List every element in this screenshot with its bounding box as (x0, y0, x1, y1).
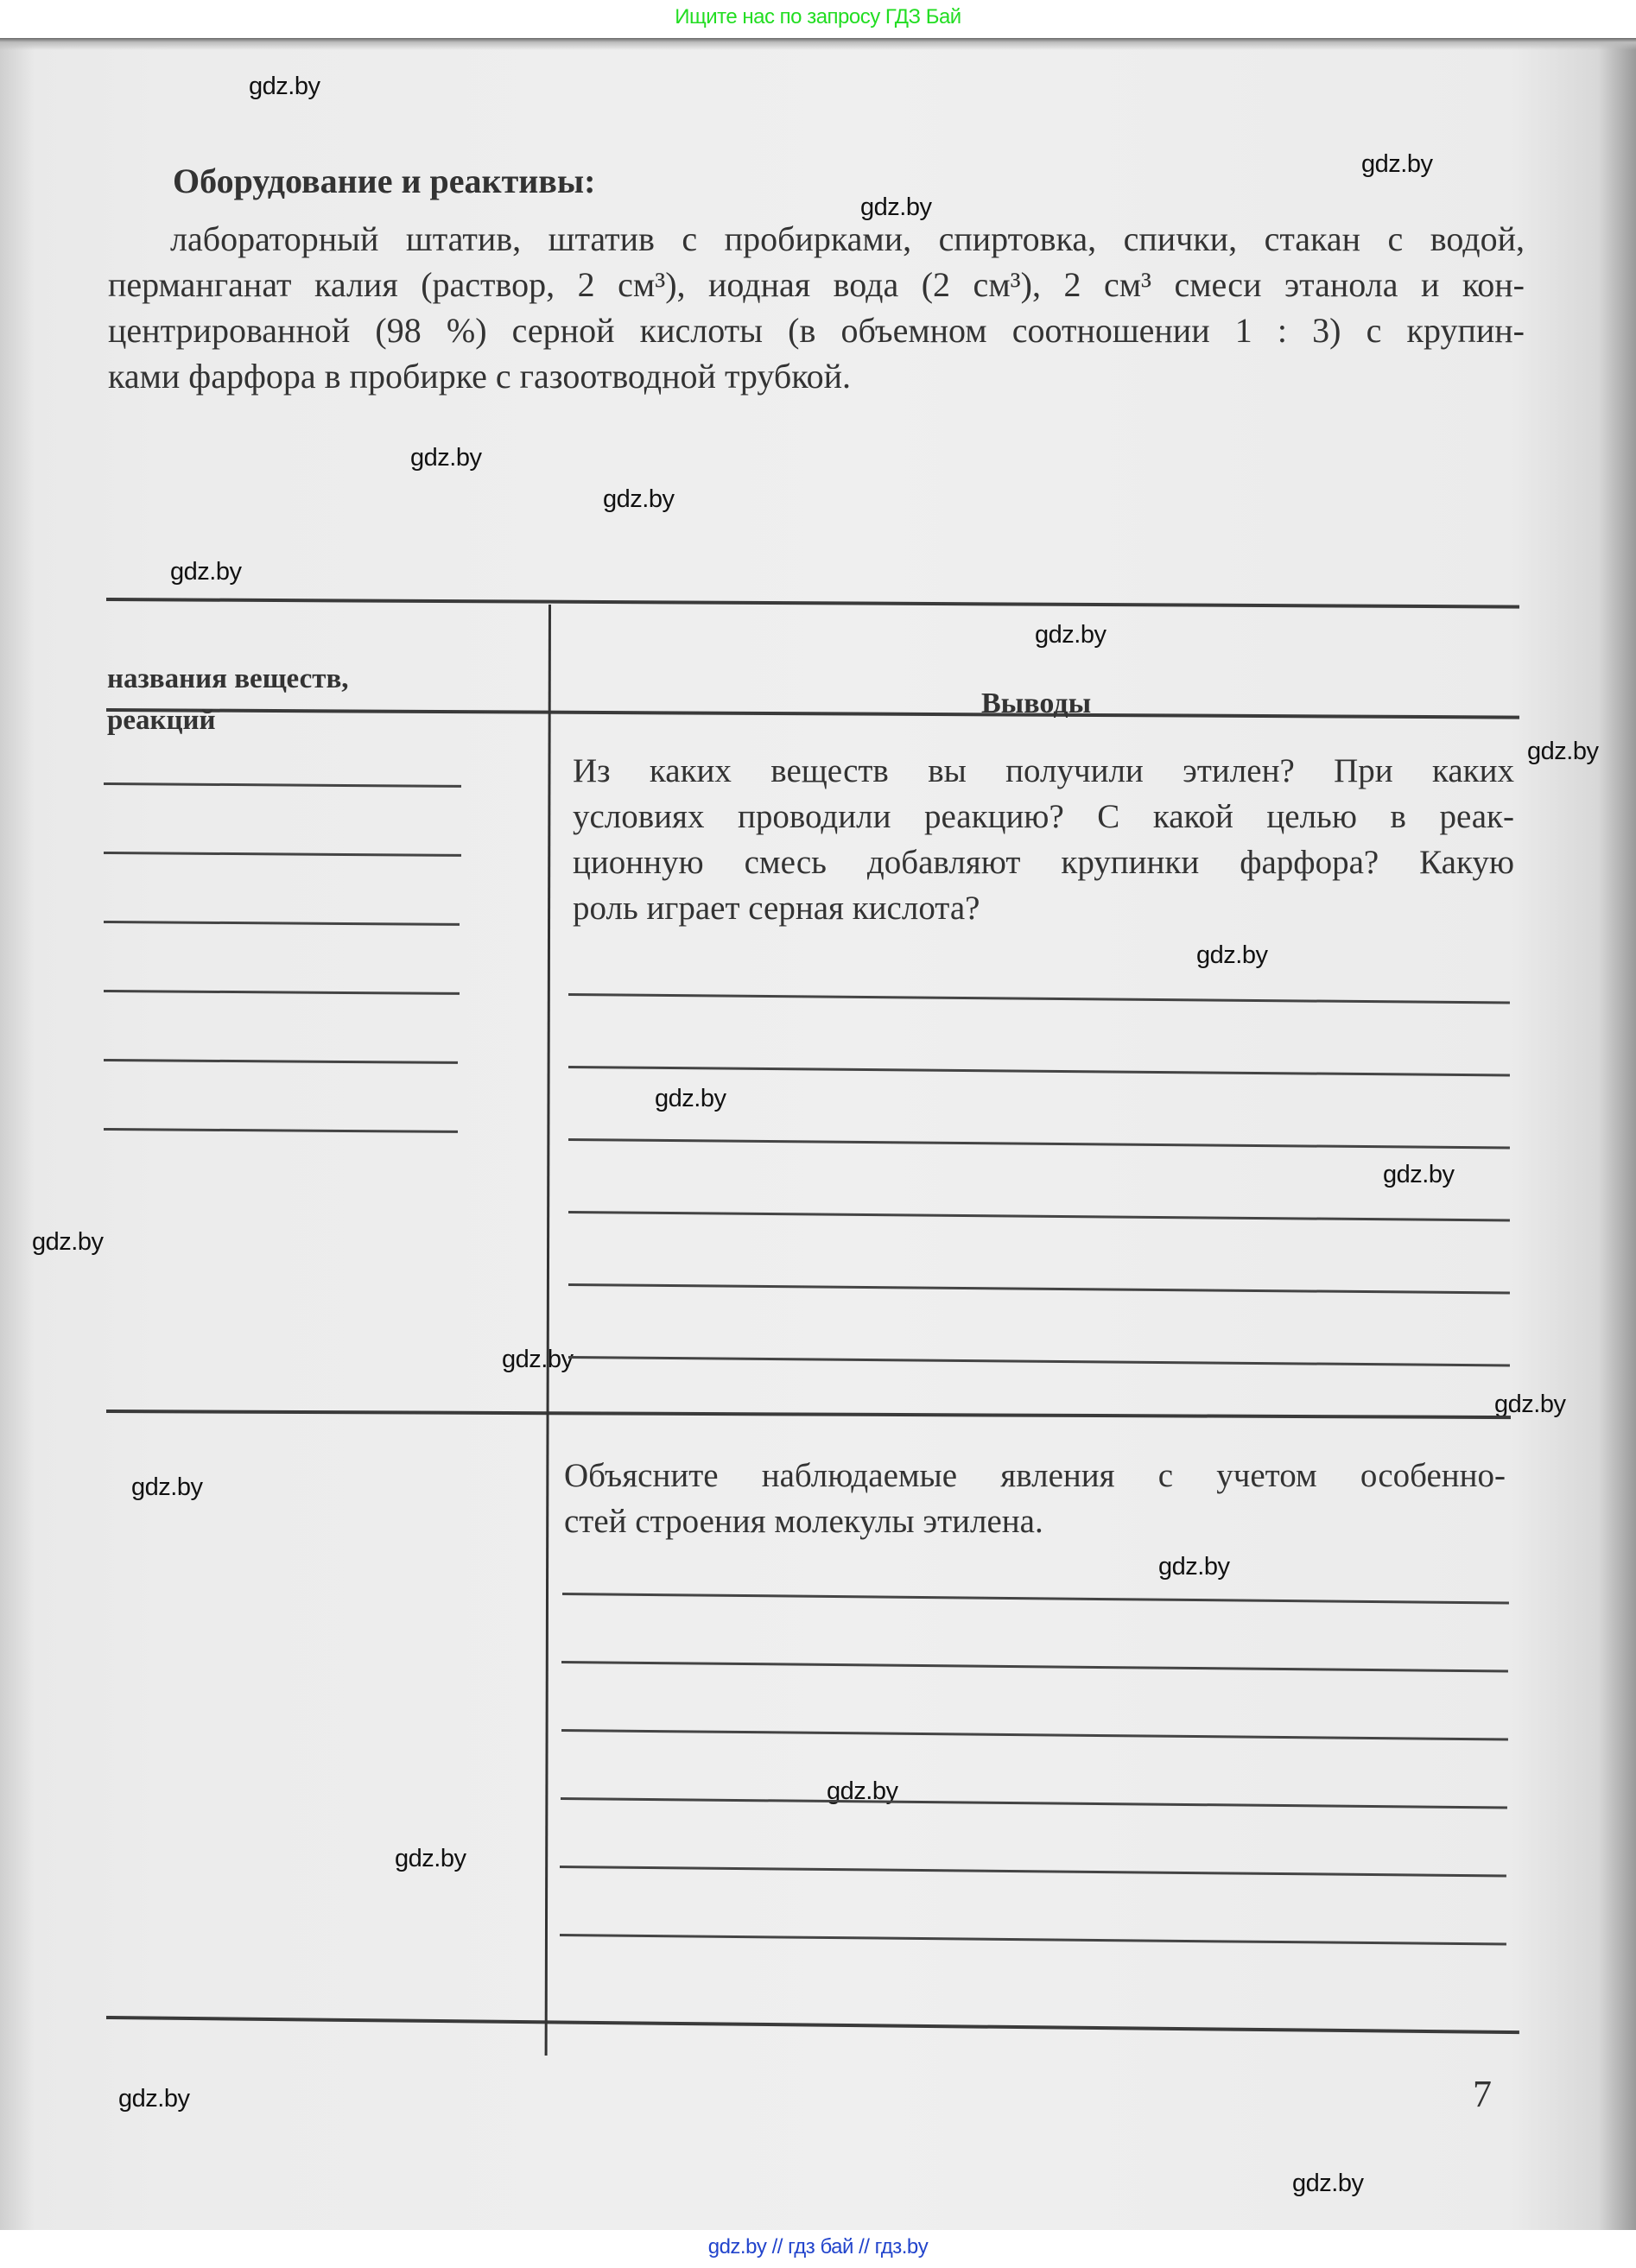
column-header-conclusions: Выводы (981, 687, 1091, 720)
table-column-divider (545, 605, 551, 2056)
watermark: gdz.by (410, 444, 481, 472)
watermark: gdz.by (502, 1346, 573, 1374)
answer-line-q1[interactable] (568, 1211, 1510, 1222)
answer-line-q1[interactable] (568, 993, 1510, 1004)
question-1: Из каких веществ вы получили этилен? При… (573, 748, 1514, 931)
answer-line-q2[interactable] (561, 1797, 1507, 1809)
answer-line-q1[interactable] (568, 1283, 1510, 1295)
equipment-heading: Оборудование и реактивы: (173, 161, 595, 201)
answer-line-q2[interactable] (560, 1934, 1506, 1946)
page-number: 7 (1473, 2072, 1492, 2116)
equipment-text: лабораторный штатив, штатив с пробирками… (108, 216, 1525, 399)
watermark: gdz.by (1158, 1553, 1229, 1581)
answer-line-left[interactable] (104, 1128, 458, 1133)
header-line: названия веществ, (107, 658, 349, 700)
question-line: Из каких веществ вы получили этилен? При… (573, 748, 1514, 794)
watermark: gdz.by (118, 2085, 189, 2113)
answer-line-left[interactable] (104, 852, 461, 857)
top-banner: Ищите нас по запросу ГДЗ Бай (0, 0, 1636, 38)
answer-line-q1[interactable] (568, 1356, 1510, 1367)
answer-line-q2[interactable] (560, 1866, 1506, 1878)
answer-line-q1[interactable] (568, 1066, 1510, 1077)
question-line: Объясните наблюдаемые явления с учетом о… (564, 1453, 1506, 1498)
equipment-line: центрированной (98 %) серной кислоты (в … (108, 307, 1525, 353)
question-line: ционную смесь добавляют крупинки фарфора… (573, 839, 1514, 885)
column-header-substances: названия веществ, реакций (107, 658, 349, 741)
answer-line-q2[interactable] (562, 1593, 1509, 1605)
watermark: gdz.by (1292, 2170, 1363, 2198)
question-line: роль играет серная кислота? (573, 885, 1514, 931)
watermark: gdz.by (603, 485, 674, 514)
answer-line-left[interactable] (104, 990, 460, 995)
question-2: Объясните наблюдаемые явления с учетом о… (564, 1453, 1506, 1544)
page-edge-shadow (0, 38, 1636, 50)
workbook-page: gdz.by gdz.by gdz.by gdz.by gdz.by gdz.b… (0, 38, 1636, 2230)
watermark: gdz.by (32, 1228, 103, 1257)
answer-line-q2[interactable] (561, 1661, 1508, 1673)
equipment-line: ками фарфора в пробирке с газоотводной т… (108, 353, 1525, 399)
answer-line-q2[interactable] (561, 1729, 1508, 1741)
answer-line-left[interactable] (104, 921, 460, 926)
table-section-border (106, 1410, 1511, 1419)
watermark: gdz.by (1527, 738, 1598, 766)
watermark: gdz.by (131, 1473, 202, 1502)
watermark: gdz.by (1494, 1391, 1565, 1419)
table-bottom-border (106, 2016, 1519, 2034)
watermark: gdz.by (395, 1845, 466, 1873)
answer-line-left[interactable] (104, 1059, 458, 1064)
watermark: gdz.by (1361, 150, 1432, 179)
equipment-line: лабораторный штатив, штатив с пробирками… (108, 216, 1525, 262)
watermark: gdz.by (1196, 941, 1267, 970)
watermark: gdz.by (1383, 1161, 1454, 1189)
watermark: gdz.by (1035, 621, 1106, 649)
question-line: условиях проводили реакцию? С какой цель… (573, 794, 1514, 839)
question-line: стей строения молекулы этилена. (564, 1498, 1506, 1544)
header-line: реакций (107, 700, 349, 741)
equipment-line: перманганат калия (раствор, 2 см³), иодн… (108, 262, 1525, 307)
watermark: gdz.by (249, 73, 320, 101)
answer-line-left[interactable] (104, 782, 461, 788)
bottom-banner: gdz.by // гдз бай // гдз.by (0, 2230, 1636, 2268)
watermark: gdz.by (655, 1085, 726, 1113)
watermark: gdz.by (170, 558, 241, 586)
answer-line-q1[interactable] (568, 1138, 1510, 1150)
table-top-border (106, 598, 1519, 609)
